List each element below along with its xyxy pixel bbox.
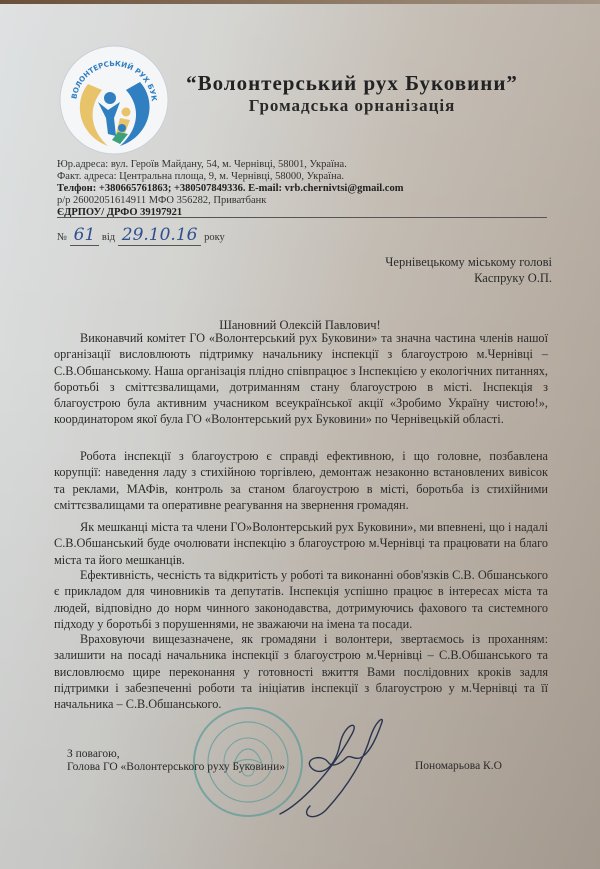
organization-logo-icon: ВОЛОНТЕРСЬКИЙ РУХ БУКОВИНИ (58, 44, 170, 156)
date-prefix: від (102, 232, 115, 243)
body-paragraph: Ефективність, чесність та відкритість у … (54, 567, 548, 632)
body-paragraph: Враховуючи вищезазначене, як громадяни і… (54, 631, 548, 712)
addressee-name: Каспруку О.П. (474, 271, 552, 286)
number-prefix: № (57, 232, 67, 243)
signer-name: Пономарьова К.О (415, 760, 502, 772)
organization-name: “Волонтерський рух Буковини” (172, 71, 532, 96)
date-suffix: року (204, 232, 225, 243)
signature-icon (270, 714, 390, 824)
letter-page: ВОЛОНТЕРСЬКИЙ РУХ БУКОВИНИ “Волонтерськи… (0, 4, 600, 869)
signer-position: Голова ГО «Волонтерського руху Буковини» (67, 761, 285, 773)
handwritten-number: 61 (70, 225, 100, 246)
addressee-position: Чернівецькому міському голові (385, 255, 552, 270)
closing-regards: З повагою, (67, 748, 120, 760)
body-paragraph: Виконавчий комітет ГО «Волонтерський рух… (54, 330, 548, 428)
organization-type: Громадська орнанізація (172, 96, 532, 116)
body-paragraph: Як мешканці міста та члени ГО»Волонтерсь… (54, 519, 548, 568)
body-paragraph: Робота інспекції з благоустрою є справді… (54, 448, 548, 513)
handwritten-date: 29.10.16 (118, 225, 202, 246)
header-divider (57, 217, 547, 218)
registration-line: № 61 від 29.10.16 року (57, 225, 225, 245)
